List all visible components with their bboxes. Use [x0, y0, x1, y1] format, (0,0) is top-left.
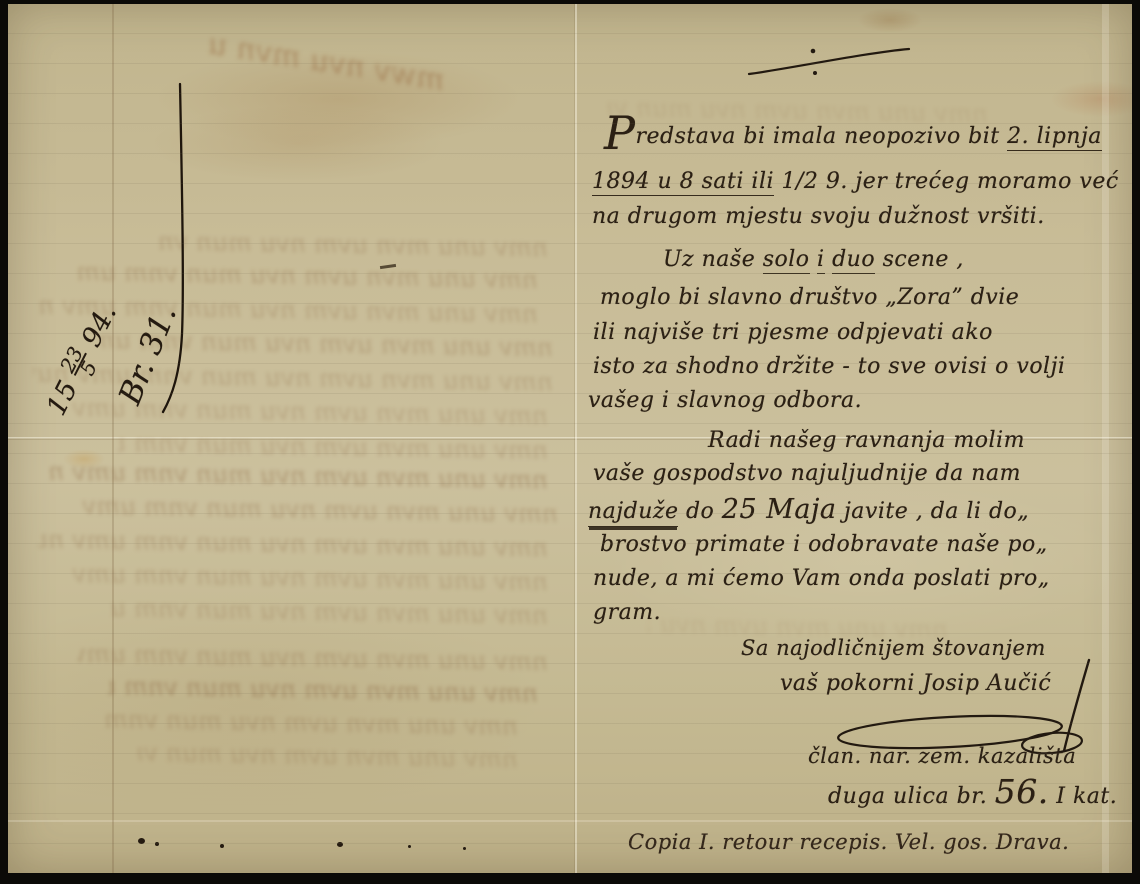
underlined-word: i [817, 247, 825, 274]
ink-dot [337, 842, 343, 847]
ink-dot [220, 844, 224, 848]
ink-bleedthrough: nmv unu mvn uvm nvu mun vnm umv nuv mvn … [108, 593, 548, 627]
letter-line: isto za shodno držite - to sve ovisi o v… [593, 354, 1065, 379]
letter-line: vaše gospodstvo najuljudnije da nam [593, 461, 1021, 486]
letter-line: Radi našeg ravnanja molim [708, 428, 1025, 453]
initial-capital: P [604, 106, 635, 160]
margin-date-suffix: 94. [76, 300, 123, 352]
letter-line: najduže do 25 Maja javite , da li do„ [588, 494, 1029, 525]
ink-dot [463, 847, 466, 850]
letter-line: Uz naše solo i duo scene , [663, 247, 964, 272]
address-line: duga ulica br. 56. I kat. [828, 772, 1117, 811]
letter-line: moglo bi slavno društvo „Zora” dvie [600, 285, 1019, 310]
divider-flourish [743, 40, 918, 82]
ink-dot [408, 845, 411, 848]
letter-page: mwv nvu mvn u nmv unu mvn uvm nvu mun vn… [8, 4, 1132, 873]
vertical-left-crease [112, 4, 114, 873]
underlined-word: solo [763, 247, 810, 274]
ink-bleedthrough: nmv unu mvn uvm nvu mun vnm umv nuv mvn … [38, 525, 548, 560]
ink-bleedthrough: nmv unu mvn uvm nvu mun vnm umv nuv mvn … [78, 257, 538, 291]
letter-line: na drugom mjestu svoju dužnost vršiti. [592, 204, 1045, 229]
ink-dot [138, 838, 145, 844]
vertical-right-crease [1102, 4, 1109, 873]
margin-date-prefix: 15 [41, 376, 84, 421]
ink-bleedthrough: nmv unu mvn uvm nvu mun vnm umv nuv mvn … [118, 428, 548, 462]
ink-bleedthrough: nmv unu mvn uvm nvu mun vnm umv nuv mvn … [33, 358, 553, 393]
ink-bleedthrough: nmv unu mvn uvm nvu mun vnm umv nuv mvn … [608, 93, 988, 126]
underlined-time: 1894 u 8 sati ili [592, 169, 774, 196]
letter-line: nude, a mi ćemo Vam onda poslati pro„ [593, 566, 1050, 591]
ink-bleedthrough: nmv unu mvn uvm nvu mun vnm umv nuv mvn … [78, 639, 548, 673]
vertical-center-fold-crease [574, 4, 577, 873]
ink-bleedthrough: mwv nvu mvn u [195, 25, 448, 100]
underlined-date: 2. lipnja [1007, 124, 1102, 151]
house-number: 56. [995, 772, 1049, 811]
signature-flourish [836, 656, 1096, 756]
letter-line: 1894 u 8 sati ili 1/2 9. jer trećeg mora… [592, 169, 1119, 194]
address-line: član. nar. zem. kazališta [808, 744, 1076, 768]
margin-vertical-line [158, 76, 198, 421]
footnote-line: Copia I. retour recepis. Vel. gos. Drava… [628, 830, 1069, 854]
margin-date-fraction: 235 [60, 345, 102, 383]
letter-line: brostvo primate i odobravate naše po„ [600, 532, 1048, 557]
letter-line: vašeg i slavnog odbora. [588, 388, 862, 413]
ink-bleedthrough: nmv unu mvn uvm nvu mun vnm umv nuv mvn … [78, 491, 558, 525]
letter-line: Predstava bi imala neopozivo bit 2. lipn… [604, 124, 1102, 149]
ink-bleedthrough: nmv unu mvn uvm nvu mun vnm umv nuv mvn … [108, 671, 538, 705]
ink-bleedthrough: nmv unu mvn uvm nvu mun vnm umv nuv mvn … [98, 704, 518, 737]
ink-bleedthrough: nmv unu mvn uvm nvu mun vnm umv nuv mvn … [48, 457, 548, 492]
ink-dot [155, 842, 159, 846]
ink-bleedthrough: nmv unu mvn uvm nvu mun vnm umv nuv mvn … [68, 559, 548, 593]
margin-date-annotation: 15 235 94. [40, 299, 125, 421]
letter-line: gram. [593, 600, 661, 625]
double-underlined-word: najduže [588, 499, 678, 527]
scan-background: mwv nvu mvn u nmv unu mvn uvm nvu mun vn… [0, 0, 1140, 884]
underlined-word: duo [832, 247, 875, 274]
ink-bleedthrough: nmv unu mvn uvm nvu mun vnm umv nuv mvn … [138, 738, 518, 771]
ink-dash-mark [380, 264, 396, 269]
letter-line: ili najviše tri pjesme odpjevati ako [593, 320, 993, 345]
horizontal-fold-crease-lower [8, 820, 1132, 822]
ink-bleedthrough: nmv unu mvn uvm nvu mun vnm umv nuv mvn … [158, 227, 548, 260]
